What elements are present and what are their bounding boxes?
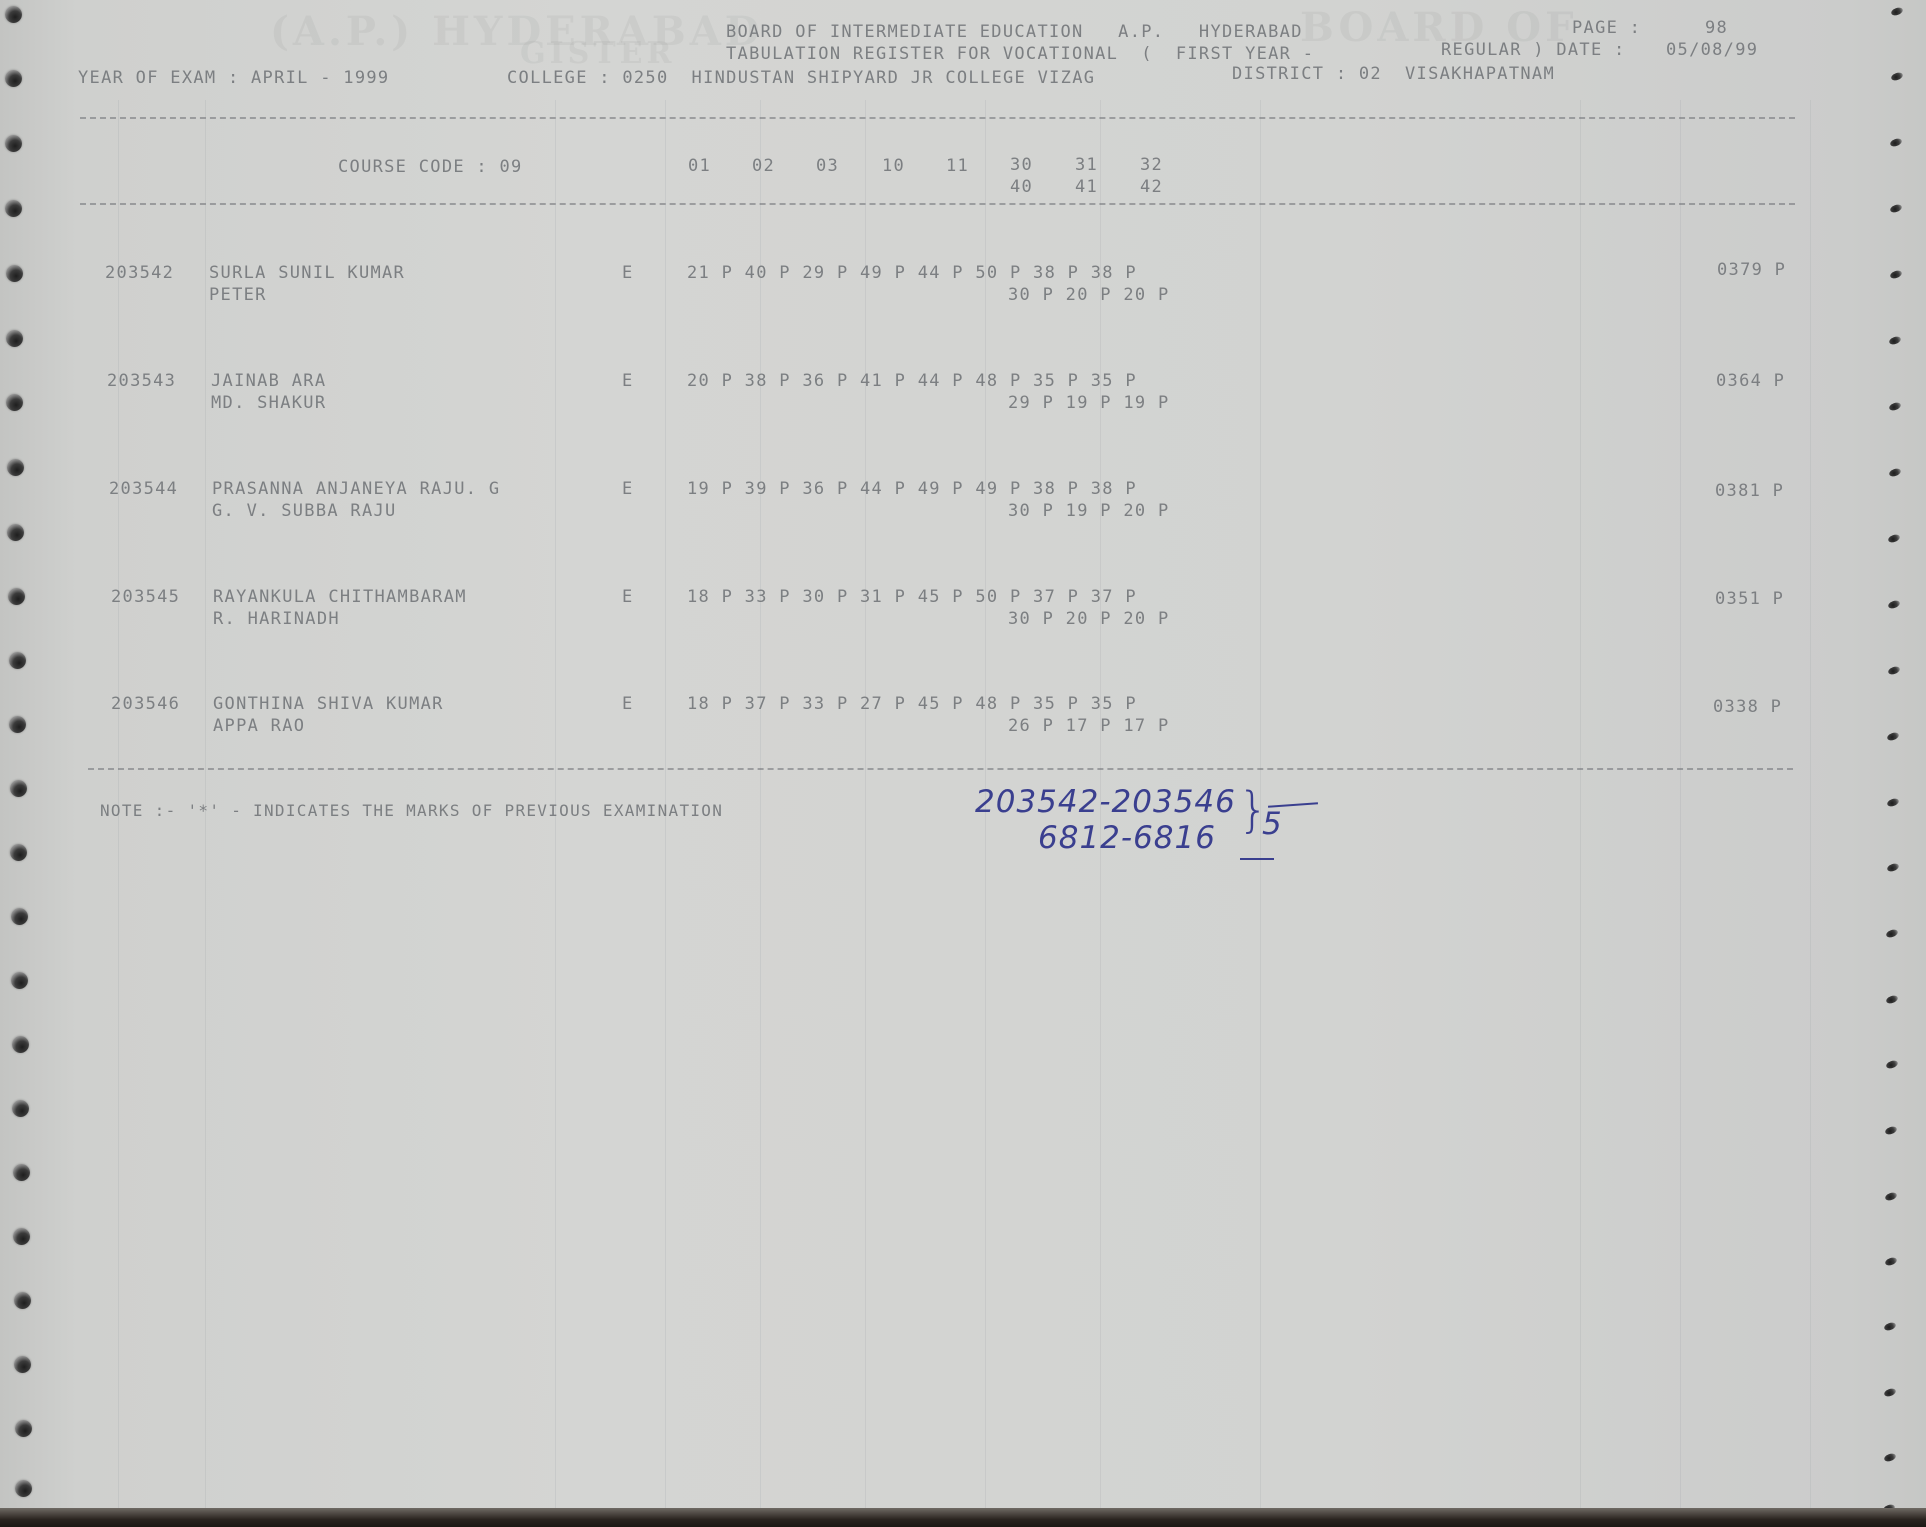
- course-code: COURSE CODE : 09: [338, 157, 523, 177]
- page-number: 98: [1705, 18, 1728, 38]
- student-record: 203546 GONTHINA SHIVA KUMAR APPA RAO E 1…: [0, 694, 1926, 738]
- subject-code: 42: [1140, 177, 1163, 197]
- student-name: JAINAB ARA: [211, 371, 326, 391]
- hall-ticket-number: 203544: [109, 479, 178, 499]
- form-rule: [1580, 100, 1581, 1510]
- tabulation-register-sheet: BOARD OF (A.P.) HYDERABAD GISTER BOARD: [0, 0, 1926, 1512]
- handwritten-count: 5: [1262, 806, 1283, 842]
- total-result: 0379 P: [1717, 260, 1786, 280]
- marks-row-2: 30 P 20 P 20 P: [1008, 285, 1170, 305]
- father-name: PETER: [209, 285, 267, 305]
- hall-ticket-number: 203543: [107, 371, 176, 391]
- total-result: 0338 P: [1713, 697, 1782, 717]
- father-name: MD. SHAKUR: [211, 393, 326, 413]
- subject-code: 01: [688, 156, 711, 176]
- father-name: G. V. SUBBA RAJU: [212, 501, 397, 521]
- subject-code: 41: [1075, 177, 1098, 197]
- marks-row-2: 30 P 20 P 20 P: [1008, 609, 1170, 629]
- subject-code: 32: [1140, 155, 1163, 175]
- subject-code: 02: [752, 156, 775, 176]
- student-name: SURLA SUNIL KUMAR: [209, 263, 405, 283]
- exam-type: REGULAR ) DATE :: [1441, 40, 1626, 60]
- hall-ticket-number: 203542: [105, 263, 174, 283]
- total-result: 0381 P: [1715, 481, 1784, 501]
- subject-code: 03: [816, 156, 839, 176]
- form-rule: [865, 100, 866, 1510]
- form-rule: [1680, 100, 1681, 1510]
- header-divider: [80, 117, 1795, 119]
- student-record: 203544 PRASANNA ANJANEYA RAJU. G G. V. S…: [0, 479, 1926, 523]
- subject-code: 31: [1075, 155, 1098, 175]
- medium: E: [622, 587, 634, 607]
- student-record: 203542 SURLA SUNIL KUMAR PETER E 21 P 40…: [0, 263, 1926, 307]
- footer-note: NOTE :- '*' - INDICATES THE MARKS OF PRE…: [100, 801, 723, 820]
- bleed-through-heading: GISTER: [520, 36, 675, 71]
- subject-code: 11: [946, 156, 969, 176]
- district-info: DISTRICT : 02 VISAKHAPATNAM: [1232, 64, 1555, 84]
- board-title: BOARD OF INTERMEDIATE EDUCATION A.P. HYD…: [726, 22, 1303, 42]
- handwritten-serial-range: 6812-6816: [1038, 820, 1216, 856]
- page-label: PAGE :: [1572, 18, 1641, 38]
- marks-row-1: 21 P 40 P 29 P 49 P 44 P 50 P 38 P 38 P: [687, 263, 1137, 283]
- father-name: R. HARINADH: [213, 609, 340, 629]
- marks-row-2: 30 P 19 P 20 P: [1008, 501, 1170, 521]
- page-bottom-edge: [0, 1508, 1926, 1527]
- medium: E: [622, 263, 634, 283]
- total-result: 0364 P: [1716, 371, 1785, 391]
- student-name: PRASANNA ANJANEYA RAJU. G: [212, 479, 500, 499]
- marks-row-2: 29 P 19 P 19 P: [1008, 393, 1170, 413]
- subject-code: 40: [1010, 177, 1033, 197]
- subject-code: 10: [882, 156, 905, 176]
- marks-row-2: 26 P 17 P 17 P: [1008, 716, 1170, 736]
- subject-code: 30: [1010, 155, 1033, 175]
- student-name: GONTHINA SHIVA KUMAR: [213, 694, 444, 714]
- column-header-divider: [80, 203, 1795, 205]
- medium: E: [622, 371, 634, 391]
- marks-row-1: 18 P 33 P 30 P 31 P 45 P 50 P 37 P 37 P: [687, 587, 1137, 607]
- student-record: 203545 RAYANKULA CHITHAMBARAM R. HARINAD…: [0, 587, 1926, 631]
- student-name: RAYANKULA CHITHAMBARAM: [213, 587, 467, 607]
- marks-row-1: 19 P 39 P 36 P 44 P 49 P 49 P 38 P 38 P: [687, 479, 1137, 499]
- marks-row-1: 18 P 37 P 33 P 27 P 45 P 48 P 35 P 35 P: [687, 694, 1137, 714]
- handwritten-hall-ticket-range: 203542-203546: [975, 784, 1236, 820]
- form-rule: [760, 100, 761, 1510]
- total-result: 0351 P: [1715, 589, 1784, 609]
- medium: E: [622, 479, 634, 499]
- college-info: COLLEGE : 0250 HINDUSTAN SHIPYARD JR COL…: [507, 68, 1095, 88]
- medium: E: [622, 694, 634, 714]
- student-record: 203543 JAINAB ARA MD. SHAKUR E 20 P 38 P…: [0, 371, 1926, 415]
- handwritten-underline: [1240, 858, 1274, 860]
- handwritten-stroke: [1268, 802, 1318, 807]
- register-title: TABULATION REGISTER FOR VOCATIONAL ( FIR…: [726, 44, 1314, 64]
- footer-divider: [88, 768, 1793, 770]
- bleed-through-heading: (A.P.) HYDERABAD: [270, 8, 763, 55]
- year-of-exam: YEAR OF EXAM : APRIL - 1999: [78, 68, 389, 88]
- form-rule: [1810, 100, 1811, 1510]
- hall-ticket-number: 203545: [111, 587, 180, 607]
- marks-row-1: 20 P 38 P 36 P 41 P 44 P 48 P 35 P 35 P: [687, 371, 1137, 391]
- print-date: 05/08/99: [1666, 40, 1758, 60]
- hall-ticket-number: 203546: [111, 694, 180, 714]
- father-name: APPA RAO: [213, 716, 305, 736]
